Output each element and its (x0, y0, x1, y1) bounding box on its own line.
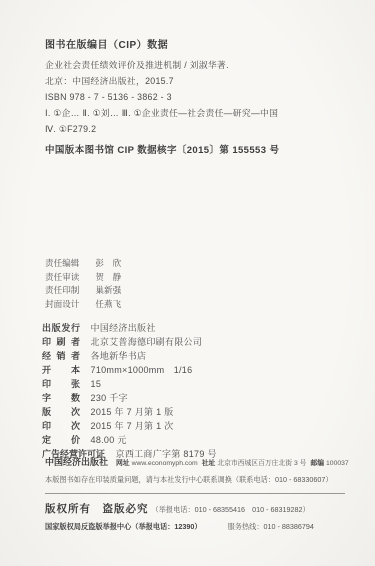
staff-label: 责任审读 (45, 271, 85, 285)
cip-line-classification: Ⅰ. ①企… Ⅱ. ①刘… Ⅲ. ①企业责任—社会责任—研究—中国 (45, 105, 347, 121)
website-label: 网址 (116, 460, 130, 467)
pub-value: 230 千字 (91, 391, 128, 405)
pub-value: 各地新华书店 (91, 349, 147, 363)
pub-row-distributor: 经销者 各地新华书店 (42, 349, 217, 363)
pub-row-edition: 版次 2015 年 7 月第 1 版 (42, 405, 217, 419)
staff-row-editor: 责任编辑 彭 欣 (45, 257, 121, 271)
staff-name: 巢新强 (95, 284, 121, 298)
cip-block: 图书在版编目（CIP）数据 企业社会责任绩效评价及推进机制 / 刘淑华著. 北京… (45, 36, 347, 156)
publisher-contact-line: 中国经济出版社网址www.economyph.com社址北京市西城区百万庄北街 … (45, 457, 357, 469)
pub-value: 15 (91, 377, 102, 391)
staff-label: 责任印制 (45, 284, 85, 298)
pub-label: 印张 (42, 377, 80, 391)
pub-label: 版次 (42, 405, 80, 419)
cip-line-isbn: ISBN 978 - 7 - 5136 - 3862 - 3 (45, 89, 347, 105)
website-url: www.economyph.com (132, 460, 198, 467)
staff-label: 封面设计 (45, 298, 85, 312)
publisher-name: 中国经济出版社 (45, 457, 108, 467)
staff-row-printing: 责任印制 巢新强 (45, 284, 121, 298)
quality-note: 本版图书如存在印装质量问题，请与本社发行中心联系调换（联系电话：010 - 68… (45, 475, 357, 485)
address-value: 北京市西城区百万庄北街 3 号 (217, 460, 306, 467)
pub-label: 出版发行 (42, 321, 80, 335)
pub-row-wordcount: 字数 230 千字 (42, 391, 217, 405)
publication-block: 出版发行 中国经济出版社 印刷者 北京艾普海德印刷有限公司 经销者 各地新华书店… (42, 321, 217, 461)
copyright-statement: 版权所有 盗版必究 (45, 503, 149, 515)
cip-title: 图书在版编目（CIP）数据 (45, 36, 347, 51)
copyright-report-phones: （举报电话：010 - 68355416 010 - 68319282） (152, 505, 310, 514)
pub-label: 定价 (42, 433, 80, 447)
anti-piracy-center: 国家版权局反盗版举报中心（举报电话：12390） (45, 522, 202, 531)
staff-row-reviewer: 责任审读 贺 静 (45, 271, 121, 285)
copyright-line: 版权所有 盗版必究（举报电话：010 - 68355416 010 - 6831… (45, 499, 357, 517)
pub-value: 中国经济出版社 (91, 321, 156, 335)
service-hotline: 服务热线：010 - 88386794 (228, 522, 314, 531)
pub-row-format: 开本 710mm×1000mm 1/16 (42, 363, 217, 377)
pub-label: 开本 (42, 363, 80, 377)
pub-label: 印刷者 (42, 335, 80, 349)
postcode-label: 邮编 (310, 460, 324, 467)
cip-registry-number: 中国版本图书馆 CIP 数据核字〔2015〕第 155553 号 (45, 142, 347, 156)
divider-rule (45, 493, 345, 494)
address-label: 社址 (202, 460, 216, 467)
staff-name: 任燕飞 (95, 298, 121, 312)
pub-value: 北京艾普海德印刷有限公司 (91, 335, 203, 349)
staff-name: 贺 静 (95, 271, 121, 285)
staff-label: 责任编辑 (45, 257, 85, 271)
footer-block: 中国经济出版社网址www.economyph.com社址北京市西城区百万庄北街 … (45, 457, 357, 532)
pub-row-price: 定价 48.00 元 (42, 433, 217, 447)
postcode-value: 100037 (326, 460, 349, 467)
pub-label: 经销者 (42, 349, 80, 363)
pub-row-printer: 印刷者 北京艾普海德印刷有限公司 (42, 335, 217, 349)
anti-piracy-line: 国家版权局反盗版举报中心（举报电话：12390）服务热线：010 - 88386… (45, 522, 357, 532)
cip-line-publisher: 北京：中国经济出版社，2015.7 (45, 73, 347, 89)
pub-value: 2015 年 7 月第 1 次 (91, 419, 174, 433)
pub-label: 字数 (42, 391, 80, 405)
staff-row-cover-design: 封面设计 任燕飞 (45, 298, 121, 312)
pub-label: 印次 (42, 419, 80, 433)
cip-line-title-author: 企业社会责任绩效评价及推进机制 / 刘淑华著. (45, 57, 347, 73)
pub-row-publisher: 出版发行 中国经济出版社 (42, 321, 217, 335)
staff-block: 责任编辑 彭 欣 责任审读 贺 静 责任印制 巢新强 封面设计 任燕飞 (45, 257, 121, 311)
book-copyright-page: 图书在版编目（CIP）数据 企业社会责任绩效评价及推进机制 / 刘淑华著. 北京… (0, 0, 375, 566)
pub-value: 710mm×1000mm 1/16 (91, 363, 193, 377)
pub-row-sheets: 印张 15 (42, 377, 217, 391)
pub-row-impression: 印次 2015 年 7 月第 1 次 (42, 419, 217, 433)
cip-line-class-code: Ⅳ. ①F279.2 (45, 121, 347, 137)
pub-value: 48.00 元 (91, 433, 127, 447)
staff-name: 彭 欣 (95, 257, 121, 271)
pub-value: 2015 年 7 月第 1 版 (91, 405, 174, 419)
